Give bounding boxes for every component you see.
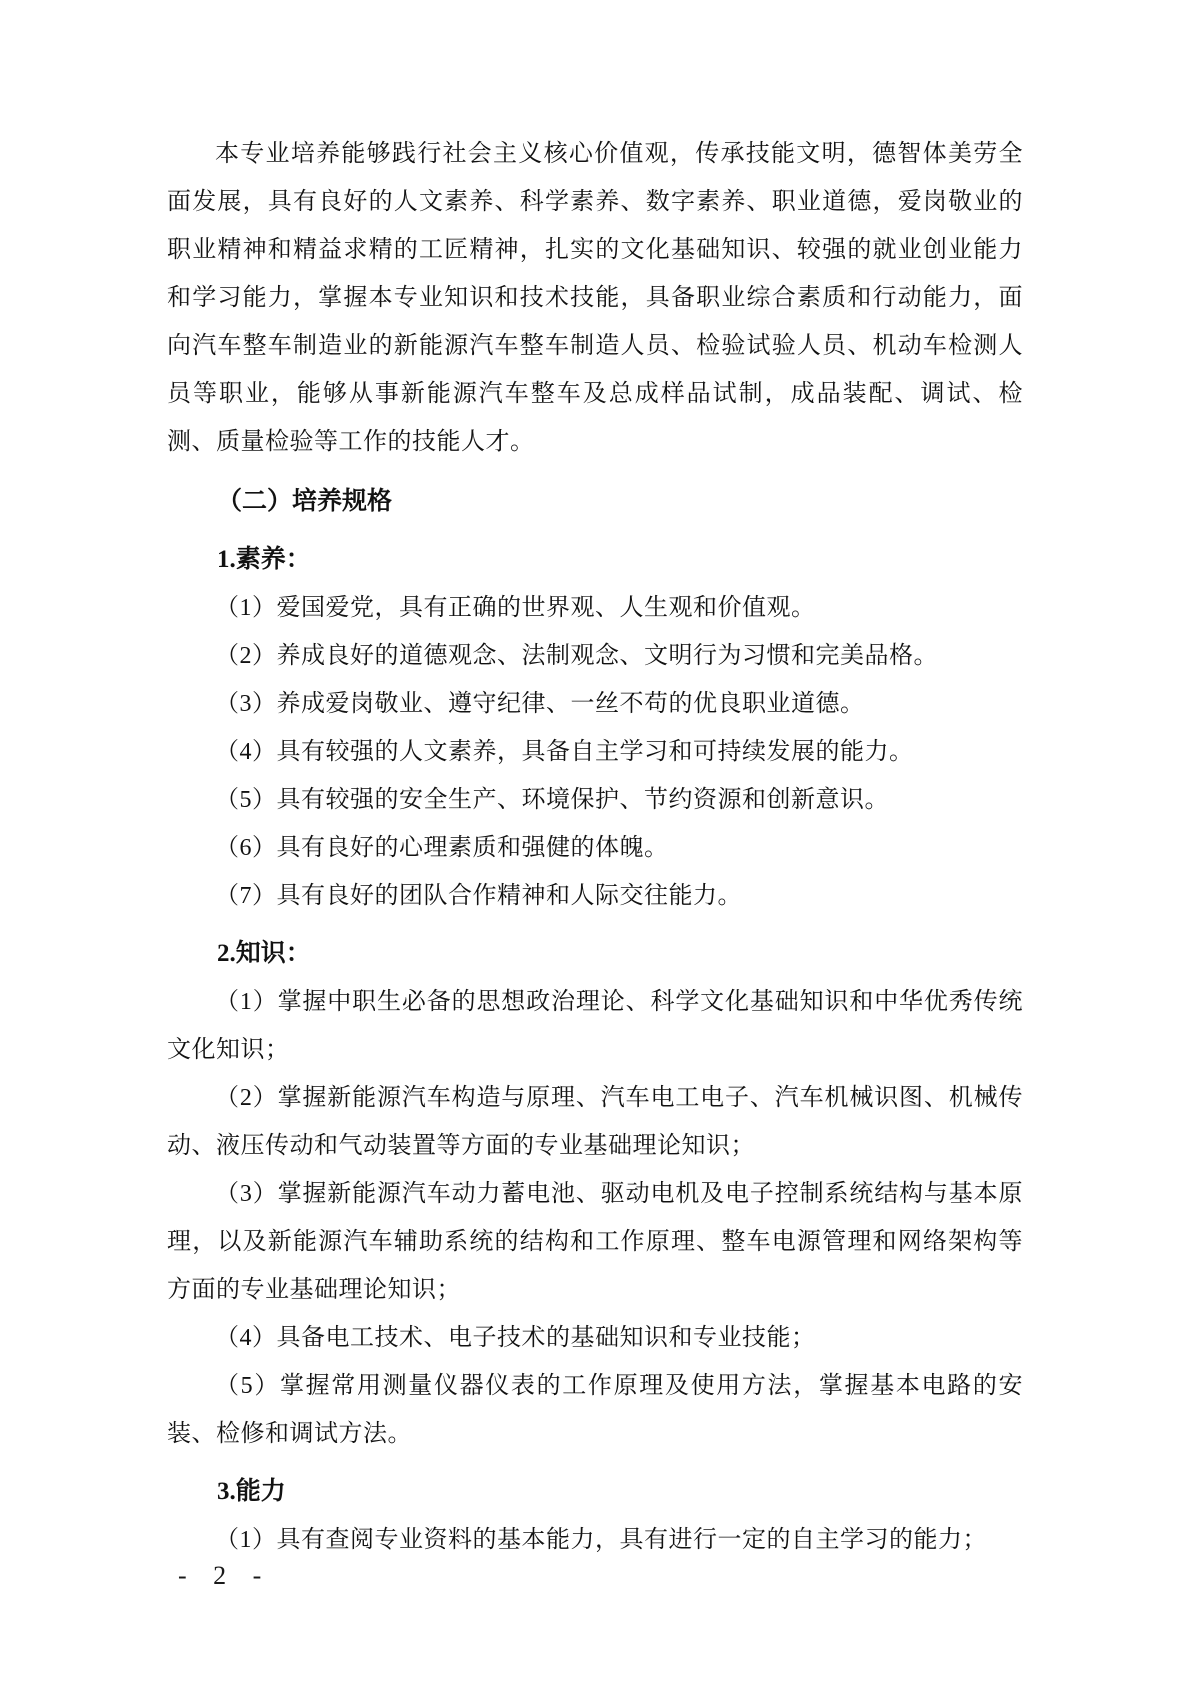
list-item-suyang-4: （4）具有较强的人文素养，具备自主学习和可持续发展的能力。 (167, 728, 1023, 776)
list-item-suyang-1: （1）爱国爱党，具有正确的世界观、人生观和价值观。 (167, 584, 1023, 632)
list-item-suyang-2: （2）养成良好的道德观念、法制观念、文明行为习惯和完美品格。 (167, 632, 1023, 680)
list-item-suyang-7: （7）具有良好的团队合作精神和人际交往能力。 (167, 872, 1023, 920)
list-item-zhishi-3: （3）掌握新能源汽车动力蓄电池、驱动电机及电子控制系统结构与基本原理，以及新能源… (167, 1170, 1023, 1314)
subsection-heading-nengli: 3.能力 (167, 1468, 1023, 1516)
list-item-zhishi-4: （4）具备电工技术、电子技术的基础知识和专业技能； (167, 1314, 1023, 1362)
page-number: - 2 - (178, 1552, 271, 1600)
list-item-zhishi-5: （5）掌握常用测量仪器仪表的工作原理及使用方法，掌握基本电路的安装、检修和调试方… (167, 1362, 1023, 1458)
list-item-suyang-3: （3）养成爱岗敬业、遵守纪律、一丝不苟的优良职业道德。 (167, 680, 1023, 728)
document-body: 本专业培养能够践行社会主义核心价值观，传承技能文明，德智体美劳全面发展，具有良好… (167, 130, 1023, 1564)
list-item-nengli-1: （1）具有查阅专业资料的基本能力，具有进行一定的自主学习的能力； (167, 1516, 1023, 1564)
subsection-heading-zhishi: 2.知识： (167, 930, 1023, 978)
document-page: 本专业培养能够践行社会主义核心价值观，传承技能文明，德智体美劳全面发展，具有良好… (0, 0, 1191, 1684)
subsection-heading-suyang: 1.素养： (167, 536, 1023, 584)
section-heading-peiyang-guige: （二）培养规格 (167, 478, 1023, 526)
intro-paragraph: 本专业培养能够践行社会主义核心价值观，传承技能文明，德智体美劳全面发展，具有良好… (167, 130, 1023, 466)
list-item-zhishi-2: （2）掌握新能源汽车构造与原理、汽车电工电子、汽车机械识图、机械传动、液压传动和… (167, 1074, 1023, 1170)
list-item-suyang-5: （5）具有较强的安全生产、环境保护、节约资源和创新意识。 (167, 776, 1023, 824)
list-item-zhishi-1: （1）掌握中职生必备的思想政治理论、科学文化基础知识和中华优秀传统文化知识； (167, 978, 1023, 1074)
list-item-suyang-6: （6）具有良好的心理素质和强健的体魄。 (167, 824, 1023, 872)
